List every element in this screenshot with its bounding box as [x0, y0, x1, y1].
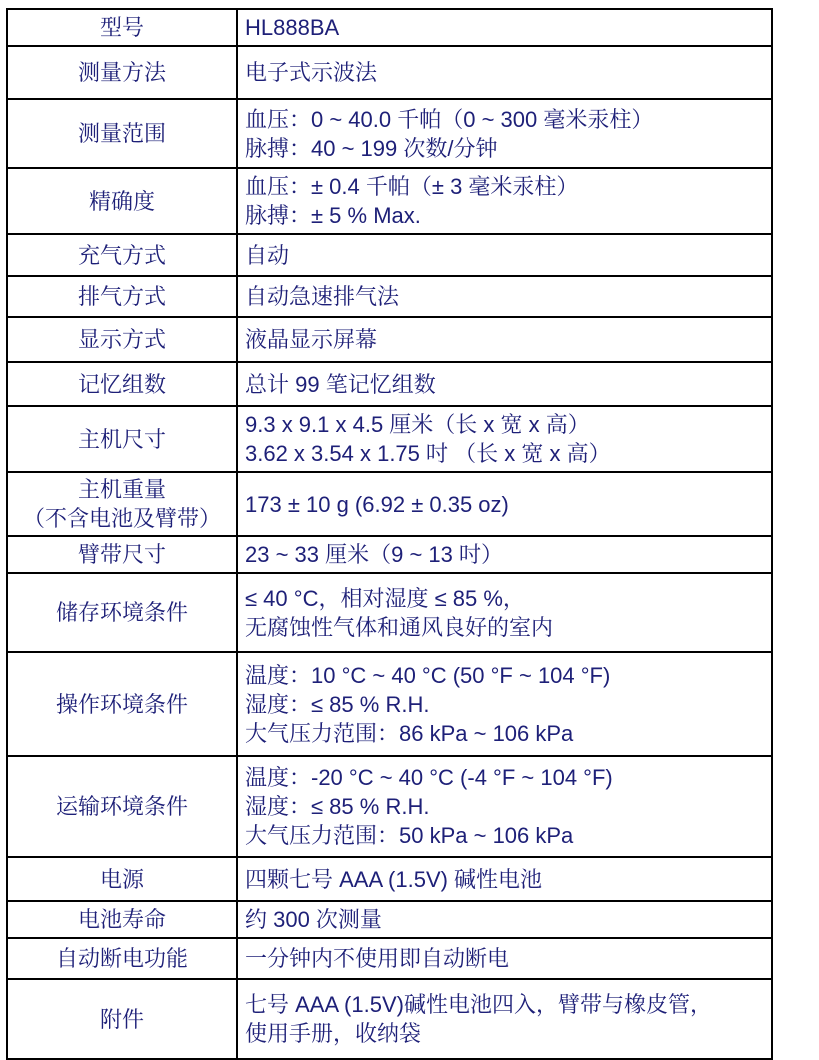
- label-display: 显示方式: [7, 317, 237, 362]
- value-storage-environment: ≤ 40 °C，相对湿度 ≤ 85 %， 无腐蚀性气体和通风良好的室内: [237, 573, 772, 652]
- value-inflation: 自动: [237, 234, 772, 276]
- value-auto-power-off: 一分钟内不使用即自动断电: [237, 938, 772, 979]
- label-accessories: 附件: [7, 979, 237, 1059]
- value-measurement-method: 电子式示波法: [237, 46, 772, 99]
- spec-row-accuracy: 精确度 血压：± 0.4 千帕（± 3 毫米汞柱） 脉搏：± 5 % Max.: [7, 168, 772, 234]
- spec-row-display: 显示方式 液晶显示屏幕: [7, 317, 772, 362]
- label-cuff-size: 臂带尺寸: [7, 536, 237, 573]
- label-model: 型号: [7, 9, 237, 46]
- value-power-source: 四颗七号 AAA (1.5V) 碱性电池: [237, 857, 772, 901]
- value-transport-environment: 温度：-20 °C ~ 40 °C (-4 °F ~ 104 °F) 湿度：≤ …: [237, 756, 772, 857]
- value-display: 液晶显示屏幕: [237, 317, 772, 362]
- label-memory: 记忆组数: [7, 362, 237, 406]
- spec-row-deflation: 排气方式 自动急速排气法: [7, 276, 772, 317]
- spec-row-unit-weight: 主机重量 （不含电池及臂带） 173 ± 10 g (6.92 ± 0.35 o…: [7, 472, 772, 536]
- label-accuracy: 精确度: [7, 168, 237, 234]
- spec-row-model: 型号 HL888BA: [7, 9, 772, 46]
- spec-row-transport-environment: 运输环境条件 温度：-20 °C ~ 40 °C (-4 °F ~ 104 °F…: [7, 756, 772, 857]
- value-battery-life: 约 300 次测量: [237, 901, 772, 938]
- spec-row-memory: 记忆组数 总计 99 笔记忆组数: [7, 362, 772, 406]
- value-deflation: 自动急速排气法: [237, 276, 772, 317]
- label-power-source: 电源: [7, 857, 237, 901]
- spec-table: 型号 HL888BA 测量方法 电子式示波法 测量范围 血压：0 ~ 40.0 …: [6, 8, 773, 1060]
- spec-row-storage-environment: 储存环境条件 ≤ 40 °C，相对湿度 ≤ 85 %， 无腐蚀性气体和通风良好的…: [7, 573, 772, 652]
- label-battery-life: 电池寿命: [7, 901, 237, 938]
- value-unit-dimensions: 9.3 x 9.1 x 4.5 厘米（长 x 宽 x 高） 3.62 x 3.5…: [237, 406, 772, 472]
- spec-row-inflation: 充气方式 自动: [7, 234, 772, 276]
- spec-row-operating-environment: 操作环境条件 温度：10 °C ~ 40 °C (50 °F ~ 104 °F)…: [7, 652, 772, 756]
- spec-row-measurement-range: 测量范围 血压：0 ~ 40.0 千帕（0 ~ 300 毫米汞柱） 脉搏：40 …: [7, 99, 772, 168]
- value-memory: 总计 99 笔记忆组数: [237, 362, 772, 406]
- value-accessories: 七号 AAA (1.5V)碱性电池四入，臂带与橡皮管， 使用手册，收纳袋: [237, 979, 772, 1059]
- label-unit-dimensions: 主机尺寸: [7, 406, 237, 472]
- label-inflation: 充气方式: [7, 234, 237, 276]
- label-deflation: 排气方式: [7, 276, 237, 317]
- spec-row-battery-life: 电池寿命 约 300 次测量: [7, 901, 772, 938]
- label-storage-environment: 储存环境条件: [7, 573, 237, 652]
- label-auto-power-off: 自动断电功能: [7, 938, 237, 979]
- value-cuff-size: 23 ~ 33 厘米（9 ~ 13 吋）: [237, 536, 772, 573]
- label-transport-environment: 运输环境条件: [7, 756, 237, 857]
- value-operating-environment: 温度：10 °C ~ 40 °C (50 °F ~ 104 °F) 湿度：≤ 8…: [237, 652, 772, 756]
- spec-row-cuff-size: 臂带尺寸 23 ~ 33 厘米（9 ~ 13 吋）: [7, 536, 772, 573]
- spec-row-measurement-method: 测量方法 电子式示波法: [7, 46, 772, 99]
- spec-row-auto-power-off: 自动断电功能 一分钟内不使用即自动断电: [7, 938, 772, 979]
- label-measurement-range: 测量范围: [7, 99, 237, 168]
- spec-row-unit-dimensions: 主机尺寸 9.3 x 9.1 x 4.5 厘米（长 x 宽 x 高） 3.62 …: [7, 406, 772, 472]
- label-measurement-method: 测量方法: [7, 46, 237, 99]
- value-accuracy: 血压：± 0.4 千帕（± 3 毫米汞柱） 脉搏：± 5 % Max.: [237, 168, 772, 234]
- label-operating-environment: 操作环境条件: [7, 652, 237, 756]
- value-measurement-range: 血压：0 ~ 40.0 千帕（0 ~ 300 毫米汞柱） 脉搏：40 ~ 199…: [237, 99, 772, 168]
- value-unit-weight: 173 ± 10 g (6.92 ± 0.35 oz): [237, 472, 772, 536]
- label-unit-weight: 主机重量 （不含电池及臂带）: [7, 472, 237, 536]
- value-model: HL888BA: [237, 9, 772, 46]
- spec-row-power-source: 电源 四颗七号 AAA (1.5V) 碱性电池: [7, 857, 772, 901]
- spec-row-accessories: 附件 七号 AAA (1.5V)碱性电池四入，臂带与橡皮管， 使用手册，收纳袋: [7, 979, 772, 1059]
